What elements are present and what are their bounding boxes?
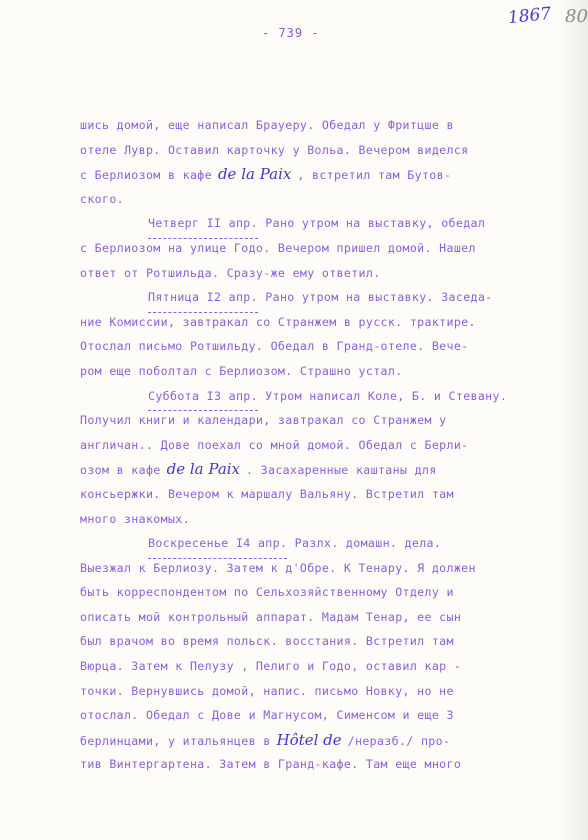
text-fragment: Рано утром на выставку. Заседа- (258, 290, 493, 304)
text-fragment: Разлх. домашн. дела. (287, 536, 441, 550)
text-line: ответ от Ротшильда. Сразу-же ему ответил… (80, 261, 560, 286)
text-line: с Берлиозом в кафеde la Paix, встретил т… (80, 162, 560, 187)
text-line: с Берлиозом на улице Годо. Вечером прише… (80, 236, 560, 261)
text-fragment: озом в кафе (80, 463, 161, 477)
text-line: ние Комиссии, завтракал со Странжем в ру… (80, 310, 560, 335)
text-fragment: Утром написал Коле, Б. и Стевану. (258, 389, 507, 403)
text-line: отослал. Обедал с Дове и Магнусом, Симен… (80, 703, 560, 728)
diary-entry-thursday: Четверг II апр. Рано утром на выставку, … (80, 211, 560, 236)
text-fragment: Рано утром на выставку, обедал (258, 216, 485, 230)
text-line: шись домой, еще написал Брауеру. Обедал … (80, 113, 560, 138)
text-line: Отослал письмо Ротшильду. Обедал в Гранд… (80, 334, 560, 359)
text-line: ского. (80, 187, 560, 212)
text-line: был врачом во время польск. восстания. В… (80, 629, 560, 654)
archive-year-annotation: 1867 (507, 4, 552, 28)
handwritten-insert: de la Paix (161, 460, 246, 478)
text-fragment: . Засахаренные каштаны для (246, 463, 437, 477)
handwritten-insert: de la Paix (212, 165, 297, 183)
text-line: берлинцами, у итальянцев вHôtel de/нераз… (80, 728, 560, 753)
page-number: - 739 - (262, 26, 320, 40)
day-heading: Четверг II апр. (148, 211, 258, 236)
diary-entry-sunday: Воскресенье I4 апр. Разлх. домашн. дела. (80, 531, 560, 556)
handwritten-insert: Hôtel de (271, 731, 348, 749)
archive-folio-annotation: 80 (565, 6, 588, 27)
text-line: Выезжал к Берлиозу. Затем к д'Обре. К Те… (80, 556, 560, 581)
text-line: англичан.. Дове поехал со мной домой. Об… (80, 433, 560, 458)
text-fragment: берлинцами, у итальянцев в (80, 734, 271, 748)
day-heading: Пятница I2 апр. (148, 285, 258, 310)
text-line: консьержки. Вечером к маршалу Вальяну. В… (80, 482, 560, 507)
day-heading: Воскресенье I4 апр. (148, 531, 287, 556)
diary-entry-saturday: Суббота I3 апр. Утром написал Коле, Б. и… (80, 384, 560, 409)
text-line: много знакомых. (80, 507, 560, 532)
text-line: точки. Вернувшись домой, напис. письмо Н… (80, 679, 560, 704)
text-line: ром еще поболтал с Берлиозом. Страшно ус… (80, 359, 560, 384)
diary-entry-friday: Пятница I2 апр. Рано утром на выставку. … (80, 285, 560, 310)
text-line: озом в кафеde la Paix. Засахаренные кашт… (80, 457, 560, 482)
text-fragment: , встретил там Бутов- (297, 168, 451, 182)
text-line: быть корреспондентом по Сельхозяйственно… (80, 580, 560, 605)
document-page: - 739 - 1867 80 шись домой, еще написал … (0, 0, 588, 840)
text-line: Получил книги и календари, завтракал со … (80, 408, 560, 433)
text-fragment: с Берлиозом в кафе (80, 168, 212, 182)
text-line: тив Винтергартена. Затем в Гранд-кафе. Т… (80, 752, 560, 777)
text-line: Вюрца. Затем к Пелузу , Пелиго и Годо, о… (80, 654, 560, 679)
text-fragment: /неразб./ про- (348, 734, 451, 748)
diary-text: шись домой, еще написал Брауеру. Обедал … (80, 113, 560, 777)
text-line: отеле Лувр. Оставил карточку у Вольа. Ве… (80, 138, 560, 163)
day-heading: Суббота I3 апр. (148, 384, 258, 409)
text-line: описать мой контрольный аппарат. Мадам Т… (80, 605, 560, 630)
